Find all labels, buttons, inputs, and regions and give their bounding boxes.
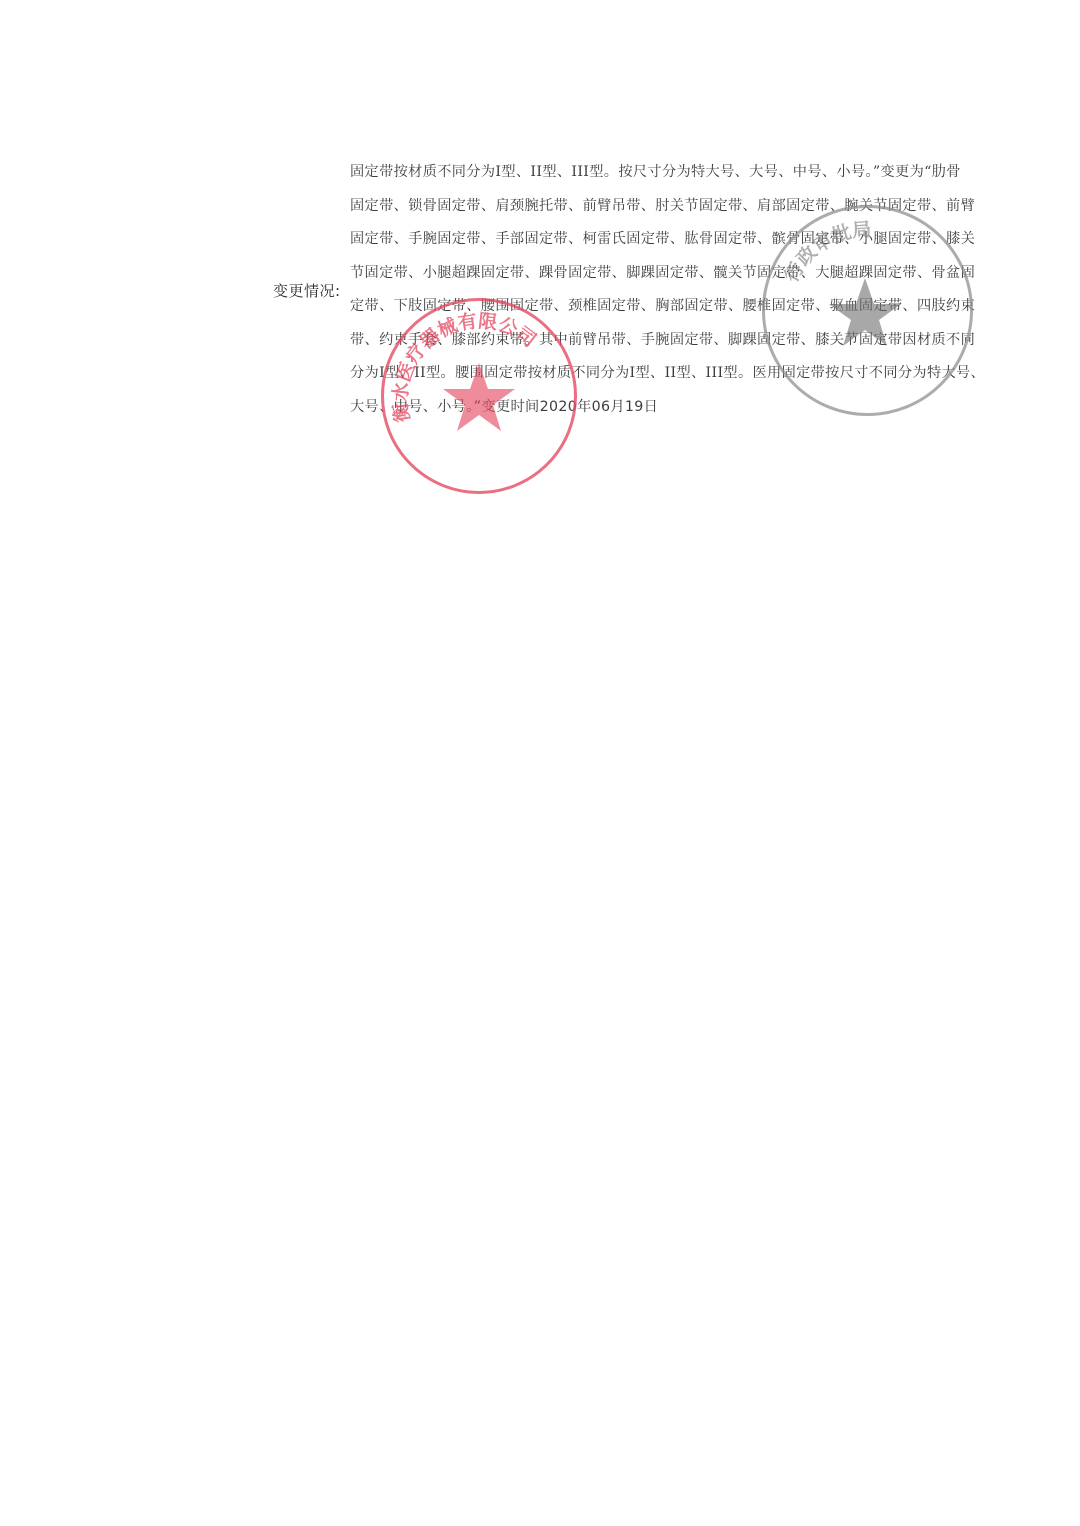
content-line: 定带、下肢固定带、腰围固定带、颈椎固定带、胸部固定带、腰椎固定带、驱血固定带、四… — [350, 292, 1060, 326]
content-line: 节固定带、小腿超踝固定带、踝骨固定带、脚踝固定带、髋关节固定带、大腿超踝固定带、… — [350, 259, 1060, 293]
content-line: 大号、中号、小号。”变更时间2020年06月19日 — [350, 393, 1060, 427]
content-line: 固定带、锁骨固定带、肩颈腕托带、前臂吊带、肘关节固定带、肩部固定带、腕关节固定带… — [350, 192, 1060, 226]
content-line: 固定带、手腕固定带、手部固定带、柯雷氏固定带、肱骨固定带、髌骨固定带、小腿固定带… — [350, 225, 1060, 259]
content-line: 带、约束手套、膝部约束带。其中前臂吊带、手腕固定带、脚踝固定带、膝关节固定带因材… — [350, 326, 1060, 360]
content-line: 分为I型、II型。腰围固定带按材质不同分为I型、II型、III型。医用固定带按尺… — [350, 359, 1060, 393]
content-line: 固定带按材质不同分为I型、II型、III型。按尺寸分为特大号、大号、中号、小号。… — [350, 158, 1060, 192]
change-info-content: 固定带按材质不同分为I型、II型、III型。按尺寸分为特大号、大号、中号、小号。… — [350, 158, 1060, 426]
change-info-label: 变更情况: — [273, 280, 341, 301]
